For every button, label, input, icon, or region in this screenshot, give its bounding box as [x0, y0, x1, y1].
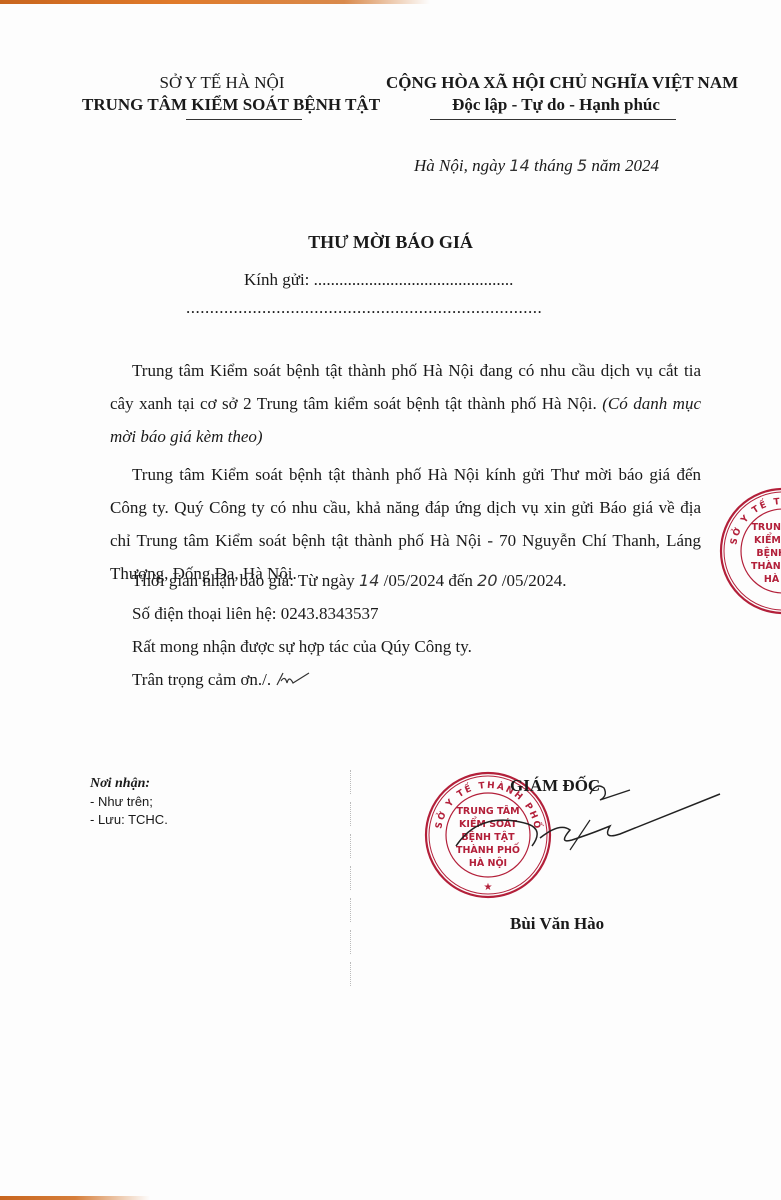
signatory-name: Bùi Văn Hào: [510, 914, 604, 934]
dateline-prefix: Hà Nội, ngày: [414, 156, 509, 175]
quote-from-day: 14: [359, 571, 379, 590]
svg-text:★: ★: [484, 882, 493, 893]
recipients-label: Nơi nhận:: [90, 775, 168, 793]
recipient-item: - Như trên;: [90, 793, 168, 811]
closing-text: Trân trọng cảm ơn./.: [132, 670, 271, 689]
addressee-blank-2: ........................................…: [186, 298, 542, 318]
svg-text:BỆNH TẬT: BỆNH TẬT: [461, 832, 515, 843]
motto-underline: [430, 119, 676, 120]
svg-text:TRUNG TÂM: TRUNG TÂM: [456, 805, 519, 817]
addressee-blank: ........................................…: [314, 270, 514, 289]
closing-line: Trân trọng cảm ơn./.: [132, 670, 315, 691]
paragraph-invitation-text: Trung tâm Kiểm soát bệnh tật thành phố H…: [110, 465, 701, 583]
national-title: CỘNG HÒA XÃ HỘI CHỦ NGHĨA VIỆT NAM: [386, 72, 726, 94]
dateline-month-label: tháng: [530, 156, 577, 175]
recipient-item: - Lưu: TCHC.: [90, 811, 168, 829]
contact-phone: Số điện thoại liên hệ: 0243.8343537: [132, 604, 378, 624]
dateline: Hà Nội, ngày 14 tháng 5 năm 2024: [414, 156, 659, 176]
addressee-line: Kính gửi: ..............................…: [244, 270, 513, 290]
svg-text:HÀ NỘI: HÀ NỘI: [469, 857, 507, 869]
dateline-month: 5: [577, 156, 587, 175]
issuer-header: SỞ Y TẾ HÀ NỘI TRUNG TÂM KIỂM SOÁT BỆNH …: [82, 72, 362, 116]
scan-edge-top: [0, 0, 430, 4]
cooperation-line: Rất mong nhận được sự hợp tác của Qúy Cô…: [132, 637, 472, 657]
quote-period-prefix: Thời gian nhận báo giá: Từ ngày: [132, 571, 359, 590]
quote-period: Thời gian nhận báo giá: Từ ngày 14 /05/2…: [132, 571, 566, 591]
page-seal-icon: SỞ Y TẾ THÀNH PHỐ HÀ NỘI TRUNG TÂM KIỂM …: [718, 486, 781, 616]
signatory-title: GIÁM ĐỐC: [510, 776, 600, 796]
scan-artifacts: [342, 770, 362, 1000]
initials-mark-icon: [275, 671, 315, 691]
svg-text:HÀ NỘI: HÀ NỘI: [764, 573, 781, 585]
national-header: CỘNG HÒA XÃ HỘI CHỦ NGHĨA VIỆT NAM Độc l…: [386, 72, 726, 116]
issuer-name: TRUNG TÂM KIỂM SOÁT BỆNH TẬT: [82, 94, 362, 116]
svg-text:THÀNH PHỐ: THÀNH PHỐ: [456, 843, 520, 856]
document-title: THƯ MỜI BÁO GIÁ: [0, 232, 781, 253]
recipients-block: Nơi nhận: - Như trên; - Lưu: TCHC.: [90, 775, 168, 829]
dateline-day: 14: [509, 156, 529, 175]
svg-text:THÀNH PHỐ: THÀNH PHỐ: [751, 559, 781, 572]
paragraph-request: Trung tâm Kiểm soát bệnh tật thành phố H…: [110, 354, 701, 453]
scan-edge-bottom: [0, 1196, 150, 1200]
svg-text:KIỂM SOÁT: KIỂM SOÁT: [459, 817, 517, 830]
svg-text:KIỂM SOÁT: KIỂM SOÁT: [754, 533, 781, 546]
quote-period-mid: /05/2024 đến: [379, 571, 477, 590]
national-motto: Độc lập - Tự do - Hạnh phúc: [386, 94, 726, 116]
issuer-parent: SỞ Y TẾ HÀ NỘI: [82, 72, 362, 94]
svg-text:BỆNH TẬT: BỆNH TẬT: [756, 548, 781, 559]
svg-text:TRUNG TÂM: TRUNG TÂM: [751, 521, 781, 533]
issuer-underline: [186, 119, 302, 120]
quote-to-day: 20: [477, 571, 497, 590]
addressee-label: Kính gửi:: [244, 270, 314, 289]
dateline-year: năm 2024: [587, 156, 659, 175]
quote-period-suffix: /05/2024.: [498, 571, 567, 590]
